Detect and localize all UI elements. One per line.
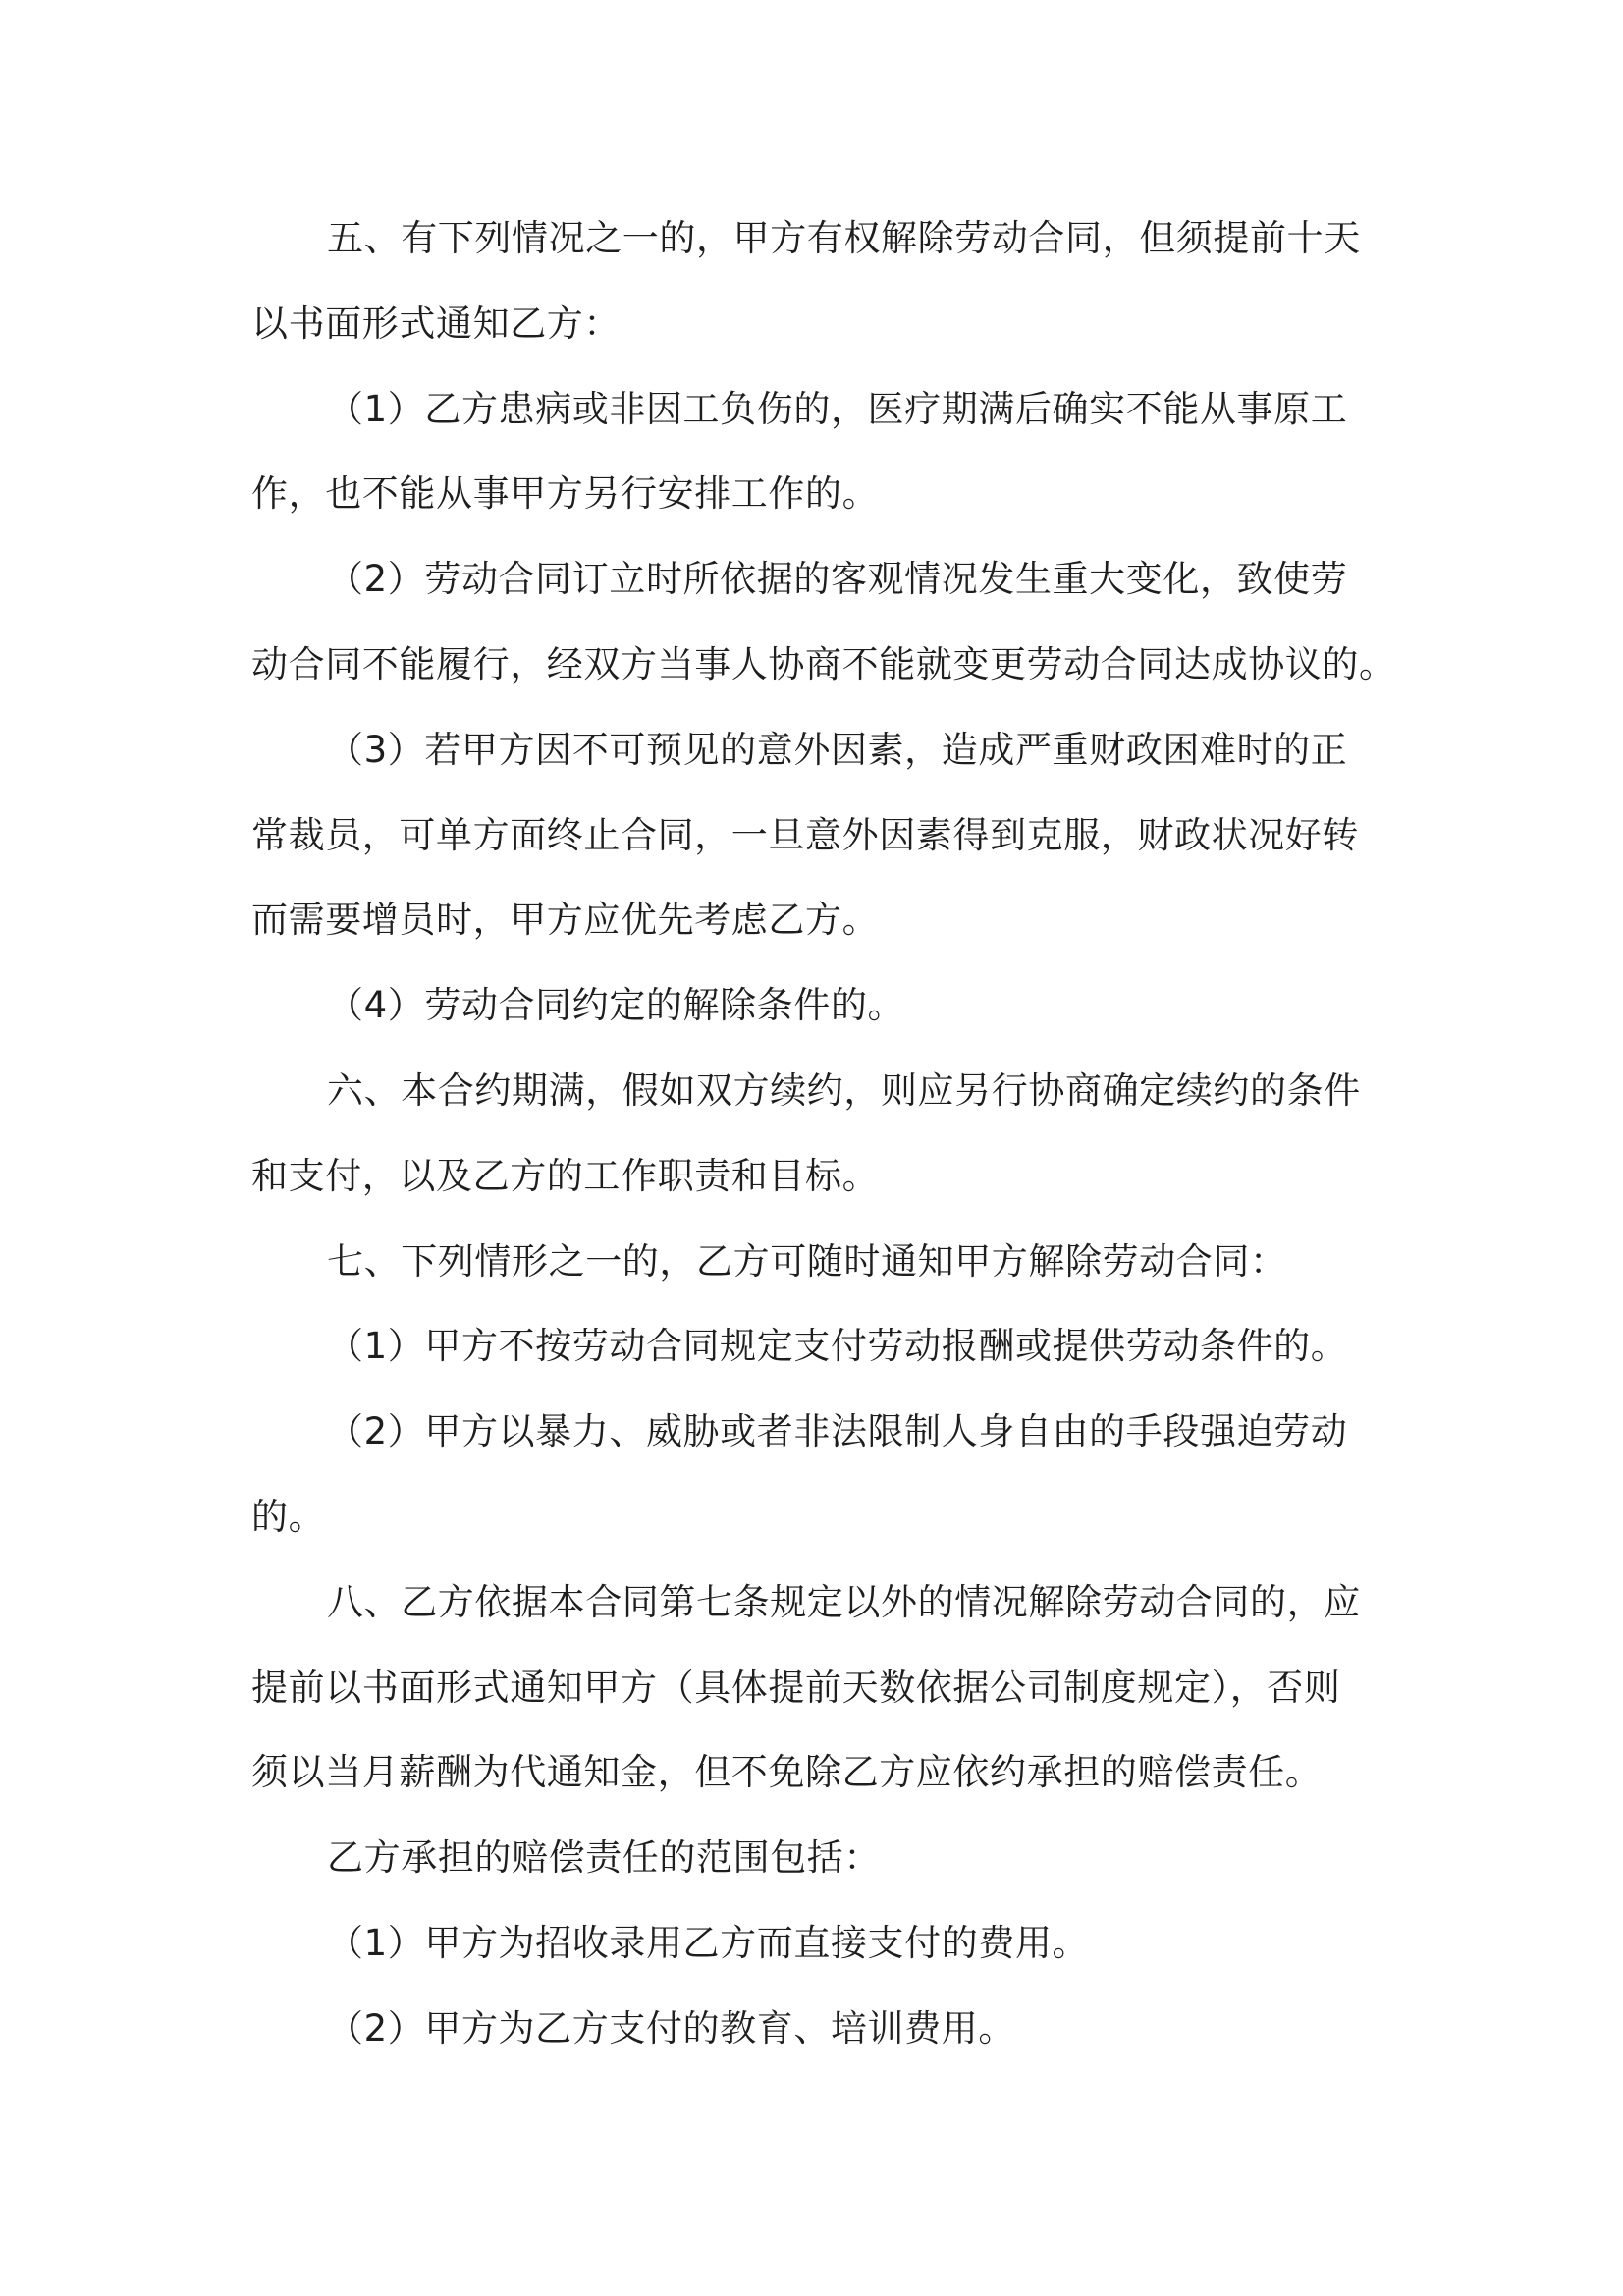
paragraph-line: 的。 <box>251 1475 1380 1560</box>
document-body: 五、有下列情况之一的，甲方有权解除劳动合同，但须提前十天 以书面形式通知乙方： … <box>251 196 1380 2072</box>
paragraph-line: （1）甲方不按劳动合同规定支付劳动报酬或提供劳动条件的。 <box>251 1304 1380 1390</box>
paragraph-line: 乙方承担的赔偿责任的范围包括： <box>251 1816 1380 1901</box>
paragraph-line: 七、下列情形之一的，乙方可随时通知甲方解除劳动合同： <box>251 1220 1380 1305</box>
paragraph-line: （2）甲方以暴力、威胁或者非法限制人身自由的手段强迫劳动 <box>251 1390 1380 1475</box>
paragraph-line: 提前以书面形式通知甲方（具体提前天数依据公司制度规定），否则 <box>251 1646 1380 1731</box>
paragraph-line: 八、乙方依据本合同第七条规定以外的情况解除劳动合同的，应 <box>251 1560 1380 1646</box>
paragraph-line: 作，也不能从事甲方另行安排工作的。 <box>251 452 1380 537</box>
paragraph-clause-7: 七、下列情形之一的，乙方可随时通知甲方解除劳动合同： <box>251 1220 1380 1305</box>
paragraph-line: 须以当月薪酬为代通知金，但不免除乙方应依约承担的赔偿责任。 <box>251 1730 1380 1816</box>
paragraph-line: 和支付，以及乙方的工作职责和目标。 <box>251 1134 1380 1220</box>
paragraph-clause-7-item-2: （2）甲方以暴力、威胁或者非法限制人身自由的手段强迫劳动 的。 <box>251 1390 1380 1560</box>
paragraph-clause-7-item-1: （1）甲方不按劳动合同规定支付劳动报酬或提供劳动条件的。 <box>251 1304 1380 1390</box>
paragraph-line: 六、本合约期满，假如双方续约，则应另行协商确定续约的条件 <box>251 1049 1380 1134</box>
paragraph-clause-8: 八、乙方依据本合同第七条规定以外的情况解除劳动合同的，应 提前以书面形式通知甲方… <box>251 1560 1380 1816</box>
paragraph-line: （1）甲方为招收录用乙方而直接支付的费用。 <box>251 1901 1380 1987</box>
paragraph-clause-5-item-4: （4）劳动合同约定的解除条件的。 <box>251 963 1380 1049</box>
paragraph-line: 五、有下列情况之一的，甲方有权解除劳动合同，但须提前十天 <box>251 196 1380 282</box>
paragraph-line: 动合同不能履行，经双方当事人协商不能就变更劳动合同达成协议的。 <box>251 623 1380 708</box>
paragraph-clause-5-item-1: （1）乙方患病或非因工负伤的，医疗期满后确实不能从事原工 作，也不能从事甲方另行… <box>251 367 1380 538</box>
paragraph-compensation-item-2: （2）甲方为乙方支付的教育、培训费用。 <box>251 1987 1380 2072</box>
paragraph-clause-6: 六、本合约期满，假如双方续约，则应另行协商确定续约的条件 和支付，以及乙方的工作… <box>251 1049 1380 1220</box>
paragraph-line: 而需要增员时，甲方应优先考虑乙方。 <box>251 878 1380 963</box>
paragraph-line: （1）乙方患病或非因工负伤的，医疗期满后确实不能从事原工 <box>251 367 1380 453</box>
paragraph-line: （2）甲方为乙方支付的教育、培训费用。 <box>251 1987 1380 2072</box>
paragraph-compensation-scope: 乙方承担的赔偿责任的范围包括： <box>251 1816 1380 1901</box>
paragraph-clause-5: 五、有下列情况之一的，甲方有权解除劳动合同，但须提前十天 以书面形式通知乙方： <box>251 196 1380 367</box>
paragraph-clause-5-item-2: （2）劳动合同订立时所依据的客观情况发生重大变化，致使劳 动合同不能履行，经双方… <box>251 537 1380 708</box>
paragraph-line: （2）劳动合同订立时所依据的客观情况发生重大变化，致使劳 <box>251 537 1380 623</box>
paragraph-line: （3）若甲方因不可预见的意外因素，造成严重财政困难时的正 <box>251 708 1380 793</box>
paragraph-line: 以书面形式通知乙方： <box>251 282 1380 367</box>
document-page: 五、有下列情况之一的，甲方有权解除劳动合同，但须提前十天 以书面形式通知乙方： … <box>0 0 1623 2296</box>
paragraph-compensation-item-1: （1）甲方为招收录用乙方而直接支付的费用。 <box>251 1901 1380 1987</box>
paragraph-line: （4）劳动合同约定的解除条件的。 <box>251 963 1380 1049</box>
paragraph-clause-5-item-3: （3）若甲方因不可预见的意外因素，造成严重财政困难时的正 常裁员，可单方面终止合… <box>251 708 1380 963</box>
paragraph-line: 常裁员，可单方面终止合同，一旦意外因素得到克服，财政状况好转 <box>251 793 1380 879</box>
